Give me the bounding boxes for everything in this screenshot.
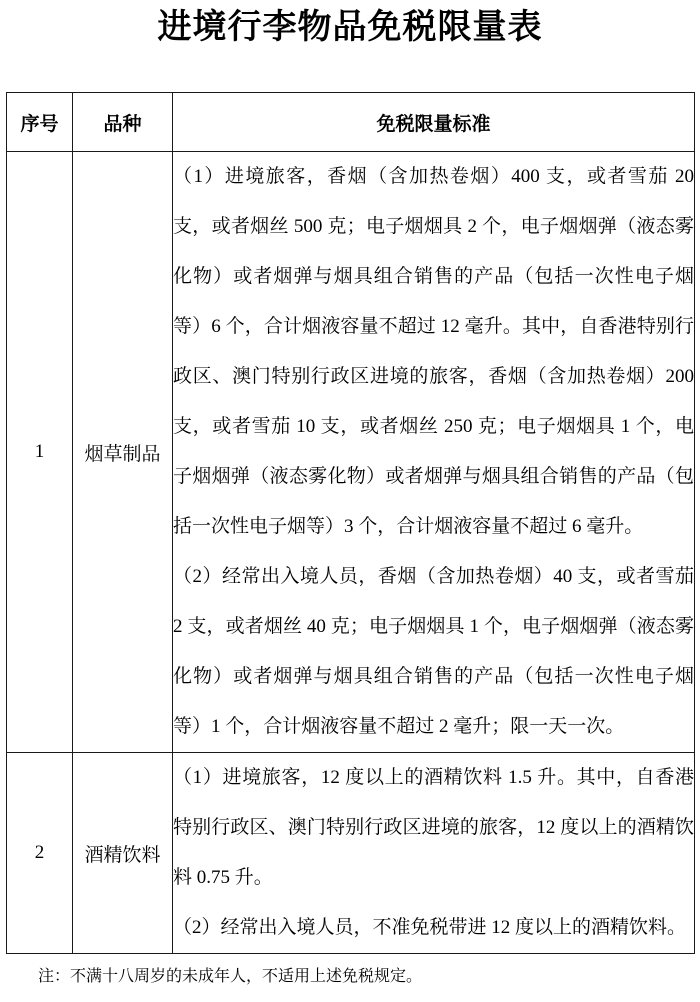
column-header-standard: 免税限量标准 (173, 93, 695, 152)
page-title: 进境行李物品免税限量表 (0, 6, 700, 50)
footnote: 注：不满十八周岁的未成年人，不适用上述免税规定。 (38, 966, 422, 988)
standard-paragraph: （1）进境旅客，12 度以上的酒精饮料 1.5 升。其中，自香港特别行政区、澳门… (173, 753, 694, 903)
row-standard-cell: （1）进境旅客，香烟（含加热卷烟）400 支，或者雪茄 20 支，或者烟丝 50… (173, 152, 695, 753)
column-header-serial: 序号 (7, 93, 73, 152)
table-header-row: 序号 品种 免税限量标准 (7, 93, 695, 152)
document-page: 进境行李物品免税限量表 序号 品种 免税限量标准 1 烟草制品 （1）进境旅客，… (0, 0, 700, 1002)
table-row-alcohol: 2 酒精饮料 （1）进境旅客，12 度以上的酒精饮料 1.5 升。其中，自香港特… (7, 753, 695, 954)
allowance-table: 序号 品种 免税限量标准 1 烟草制品 （1）进境旅客，香烟（含加热卷烟）400… (6, 92, 695, 954)
row-category-label: 酒精饮料 (73, 753, 173, 954)
standard-paragraph: （1）进境旅客，香烟（含加热卷烟）400 支，或者雪茄 20 支，或者烟丝 50… (173, 152, 694, 552)
row-category-label: 烟草制品 (73, 152, 173, 753)
row-serial-number: 1 (7, 152, 73, 753)
standard-paragraph: （2）经常出入境人员，不准免税带进 12 度以上的酒精饮料。 (173, 903, 694, 953)
row-standard-cell: （1）进境旅客，12 度以上的酒精饮料 1.5 升。其中，自香港特别行政区、澳门… (173, 753, 695, 954)
column-header-category: 品种 (73, 93, 173, 152)
table-row-tobacco: 1 烟草制品 （1）进境旅客，香烟（含加热卷烟）400 支，或者雪茄 20 支，… (7, 152, 695, 753)
row-serial-number: 2 (7, 753, 73, 954)
standard-paragraph: （2）经常出入境人员，香烟（含加热卷烟）40 支，或者雪茄 2 支，或者烟丝 4… (173, 552, 694, 752)
